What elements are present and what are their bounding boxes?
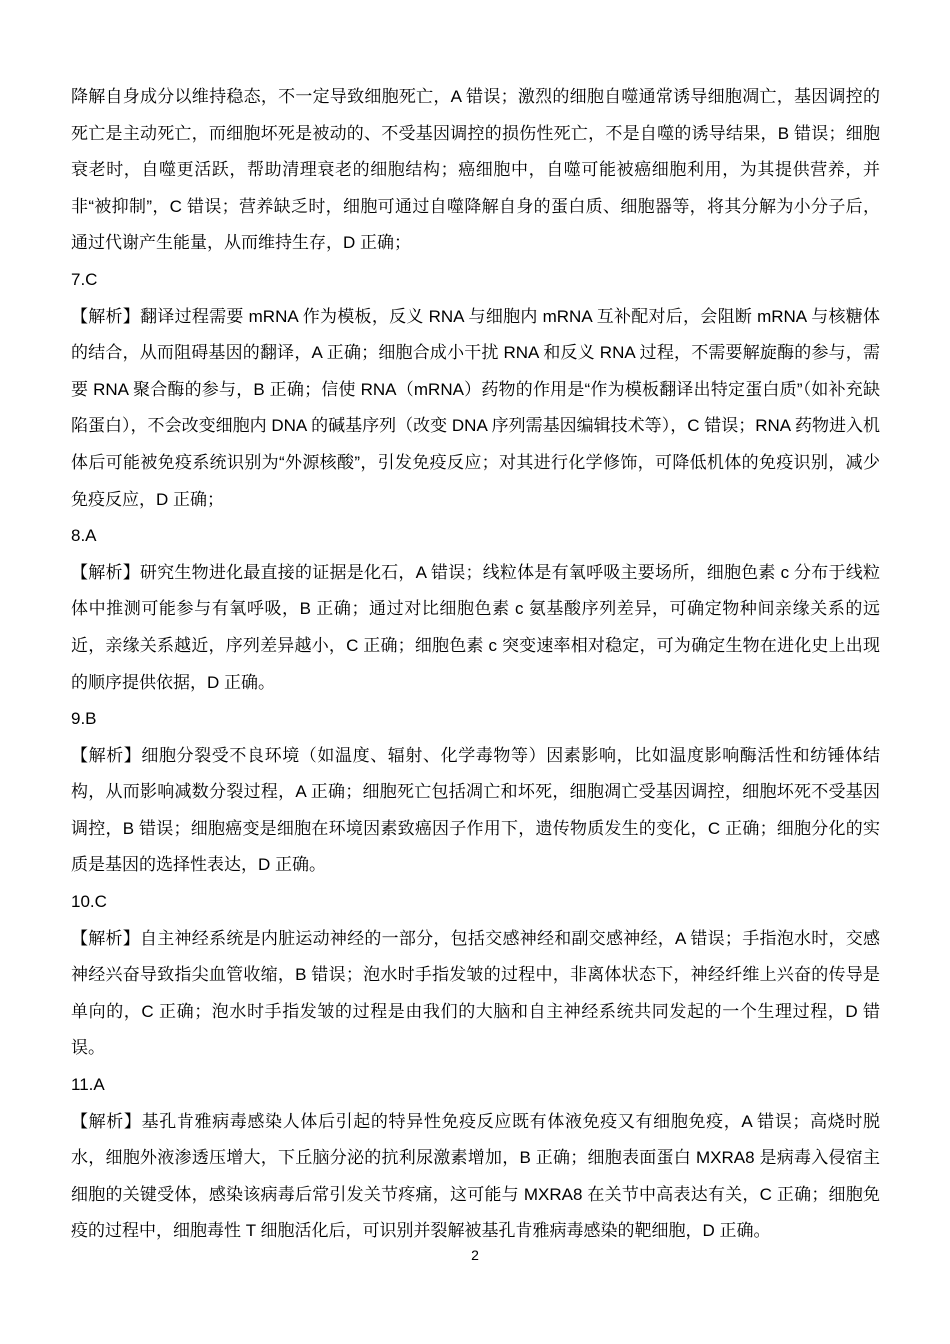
explanation-paragraph: 【解析】翻译过程需要 mRNA 作为模板，反义 RNA 与细胞内 mRNA 互补… xyxy=(71,299,880,519)
page-number: 2 xyxy=(471,1247,479,1263)
explanation-paragraph: 【解析】研究生物进化最直接的证据是化石，A 错误；线粒体是有氧呼吸主要场所，细胞… xyxy=(71,555,880,701)
explanation-paragraph: 降解自身成分以维持稳态，不一定导致细胞死亡，A 错误；激烈的细胞自噬通常诱导细胞… xyxy=(71,79,880,262)
page-footer: 2 xyxy=(0,1245,950,1265)
answer-line: 11.A xyxy=(71,1067,880,1104)
answer-line: 9.B xyxy=(71,701,880,738)
answer-line: 10.C xyxy=(71,884,880,921)
explanation-paragraph: 【解析】自主神经系统是内脏运动神经的一部分，包括交感神经和副交感神经，A 错误；… xyxy=(71,921,880,1067)
explanation-paragraph: 【解析】细胞分裂受不良环境（如温度、辐射、化学毒物等）因素影响，比如温度影响酶活… xyxy=(71,738,880,884)
document-page: 降解自身成分以维持稳态，不一定导致细胞死亡，A 错误；激烈的细胞自噬通常诱导细胞… xyxy=(0,0,950,1344)
answer-line: 8.A xyxy=(71,518,880,555)
answer-key-body: 降解自身成分以维持稳态，不一定导致细胞死亡，A 错误；激烈的细胞自噬通常诱导细胞… xyxy=(71,79,880,1250)
explanation-paragraph: 【解析】基孔肯雅病毒感染人体后引起的特异性免疫反应既有体液免疫又有细胞免疫，A … xyxy=(71,1104,880,1250)
answer-line: 7.C xyxy=(71,262,880,299)
